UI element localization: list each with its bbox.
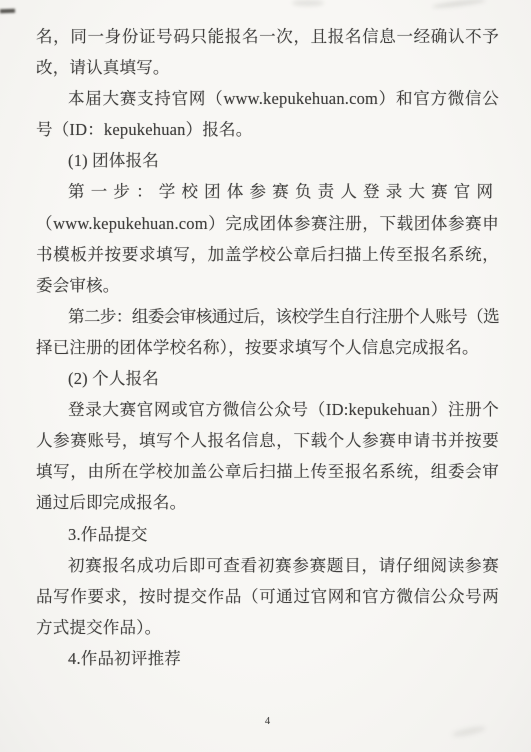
scan-artifact-topright-streak: [432, 0, 486, 9]
text-line: 号（ID：kepukehuan）报名。: [36, 114, 499, 145]
scan-artifact-topleft-dash: [0, 9, 15, 13]
text-line: 第一步：学校团体参赛负责人登录大赛官网: [36, 176, 499, 207]
text-line: （www.kepukehuan.com）完成团体参赛注册，下载团体参赛申请: [36, 208, 499, 239]
document-body: 名，同一身份证号码只能报名一次，且报名信息一经确认不予更改，请认真填写。本届大赛…: [36, 21, 499, 674]
text-line: 填写，由所在学校加盖公章后扫描上传至报名系统，组委会审核: [36, 456, 499, 487]
scan-artifact-top-smudge: [292, 0, 324, 6]
text-line: 初赛报名成功后即可查看初赛参赛题目，请仔细阅读参赛作: [36, 550, 499, 581]
text-line: (1) 团体报名: [36, 145, 499, 176]
text-line: 品写作要求，按时提交作品（可通过官网和官方微信公众号两种: [36, 581, 499, 612]
text-line: 改，请认真填写。: [36, 52, 499, 83]
scanned-document-page: 名，同一身份证号码只能报名一次，且报名信息一经确认不予更改，请认真填写。本届大赛…: [0, 0, 531, 752]
text-line: 择已注册的团体学校名称），按要求填写个人信息完成报名。: [36, 332, 499, 363]
text-line: 4.作品初评推荐: [36, 643, 499, 674]
text-line: 名，同一身份证号码只能报名一次，且报名信息一经确认不予更: [36, 21, 499, 52]
text-line: 3.作品提交: [36, 519, 499, 550]
text-line: 书模板并按要求填写，加盖学校公章后扫描上传至报名系统，组: [36, 239, 499, 270]
text-line: 委会审核。: [36, 270, 499, 301]
text-line: 第二步：组委会审核通过后，该校学生自行注册个人账号（选: [36, 301, 499, 332]
text-line: 登录大赛官网或官方微信公众号（ID:kepukehuan）注册个: [36, 394, 499, 425]
text-line: 本届大赛支持官网（www.kepukehuan.com）和官方微信公众: [36, 83, 499, 114]
text-line: (2) 个人报名: [36, 363, 499, 394]
text-line: 方式提交作品）。: [36, 612, 499, 643]
text-line: 通过后即完成报名。: [36, 487, 499, 518]
page-number: 4: [36, 716, 499, 727]
text-line: 人参赛账号，填写个人报名信息，下载个人参赛申请书并按要求: [36, 425, 499, 456]
